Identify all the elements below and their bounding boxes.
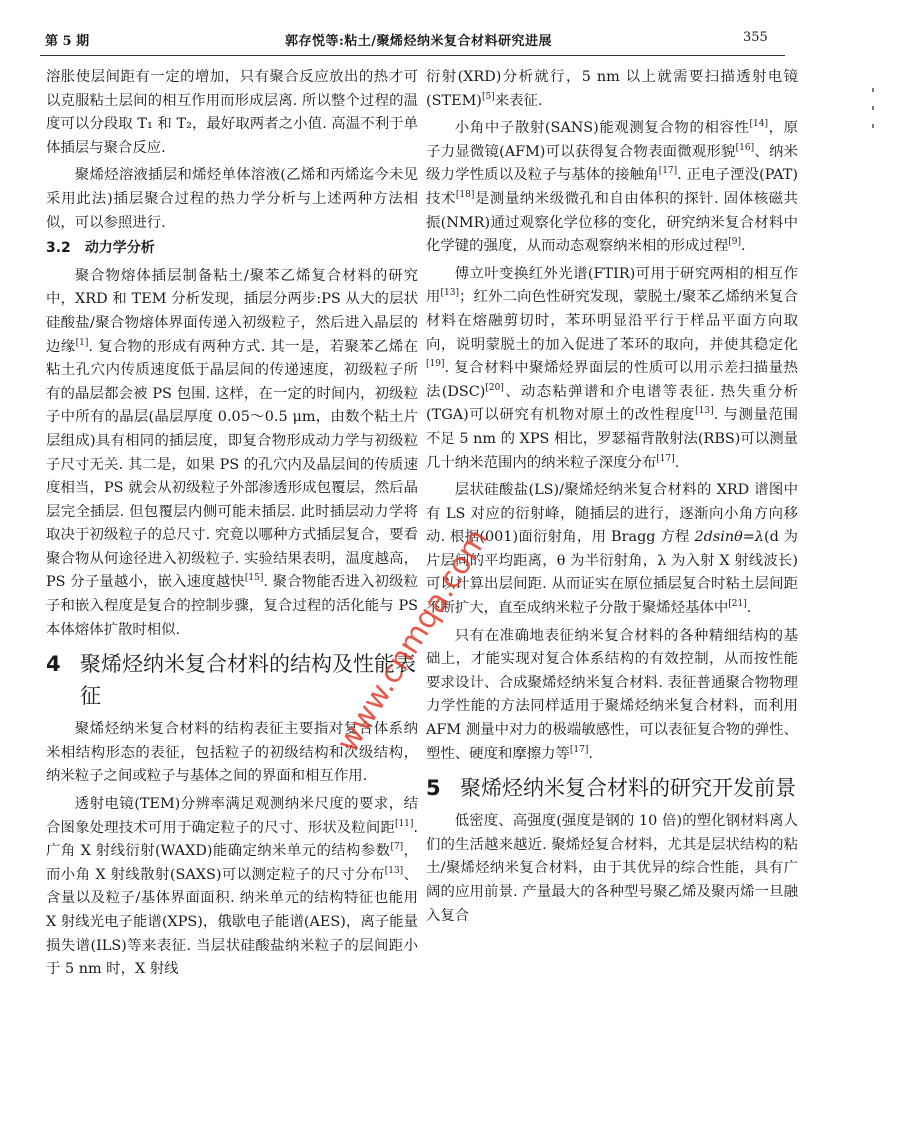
text: . xyxy=(747,600,752,616)
section-title: 聚烯烃纳米复合材料的研究开发前景 xyxy=(460,772,798,804)
text: 、含量以及粒子/基体界面面积. 纳米单元的结构特征也能用 X 射线光电子能谱(X… xyxy=(46,867,418,977)
paragraph: 透射电镜(TEM)分辨率满足观测纳米尺度的要求，结合图象处理技术可用于确定粒子的… xyxy=(46,793,418,982)
subsection-title: 动力学分析 xyxy=(85,240,155,256)
paragraph: 层状硅酸盐(LS)/聚烯烃纳米复合材料的 XRD 谱图中有 LS 对应的衍射峰，… xyxy=(426,479,798,621)
text: 小角中子散射(SANS)能观测复合物的相容性 xyxy=(455,120,750,136)
citation: [11] xyxy=(395,819,413,829)
text: . xyxy=(588,746,593,762)
citation: [18] xyxy=(456,190,474,200)
bragg-equation: 2dsinθ=λ xyxy=(694,529,763,545)
paragraph: 只有在准确地表征纳米复合材料的各种精细结构的基础上，才能实现对复合体系结构的有效… xyxy=(426,625,798,767)
margin-mark xyxy=(872,88,874,92)
margin-mark xyxy=(872,106,874,110)
paragraph: 衍射(XRD)分析就行，5 nm 以上就需要扫描透射电镜(STEM)[5]来表征… xyxy=(426,66,798,113)
citation: [13] xyxy=(385,866,403,876)
citation: [13] xyxy=(441,289,459,299)
citation: [15] xyxy=(245,574,263,584)
citation: [1] xyxy=(76,338,89,348)
citation: [9] xyxy=(728,237,741,247)
right-column: 衍射(XRD)分析就行，5 nm 以上就需要扫描透射电镜(STEM)[5]来表征… xyxy=(426,66,798,928)
text: . xyxy=(741,238,746,254)
text: 透射电镜(TEM)分辨率满足观测纳米尺度的要求，结合图象处理技术可用于确定粒子的… xyxy=(46,796,418,836)
margin-marks xyxy=(872,88,882,142)
page-number: 355 xyxy=(743,30,768,45)
citation: [14] xyxy=(749,119,767,129)
paragraph: 傅立叶变换红外光谱(FTIR)可用于研究两相的相互作用[13]；红外二向色性研究… xyxy=(426,263,798,475)
citation: [17] xyxy=(656,454,674,464)
citation: [20] xyxy=(485,383,503,393)
margin-mark xyxy=(872,124,874,128)
text: 只有在准确地表征纳米复合材料的各种精细结构的基础上，才能实现对复合体系结构的有效… xyxy=(426,628,798,762)
text: ；红外二向色性研究发现，蒙脱土/聚苯乙烯纳米复合材料在熔融剪切时，苯环明显沿平行… xyxy=(426,289,798,352)
section-heading: 5 聚烯烃纳米复合材料的研究开发前景 xyxy=(426,772,798,804)
paragraph: 聚烯烃纳米复合材料的结构表征主要指对复合体系纳米相结构形态的表征，包括粒子的初级… xyxy=(46,718,418,789)
text: . 复合物的形成有两种方式. 其一是，若聚苯乙烯在粘土孔穴内传质速度低于晶层间的… xyxy=(46,339,418,591)
text: . xyxy=(675,455,680,471)
paragraph: 聚烯烃溶液插层和烯烃单体溶液(乙烯和丙烯迄今未见采用此法)插层聚合过程的热力学分… xyxy=(46,164,418,235)
citation: [13] xyxy=(695,407,713,417)
left-column: 溶胀使层间距有一定的增加，只有聚合反应放出的热才可以克服粘土层间的相互作用而形成… xyxy=(46,66,418,982)
issue-label: 第 5 期 xyxy=(45,30,89,49)
paragraph: 低密度、高强度(强度是钢的 10 倍)的塑化钢材料离人们的生活越来越近. 聚烯烃… xyxy=(426,810,798,928)
paragraph: 小角中子散射(SANS)能观测复合物的相容性[14]，原子力显微镜(AFM)可以… xyxy=(426,117,798,259)
citation: [16] xyxy=(736,143,754,153)
paragraph: 聚合物熔体插层制备粘土/聚苯乙烯复合材料的研究中，XRD 和 TEM 分析发现，… xyxy=(46,265,418,643)
text: 来表征. xyxy=(495,93,543,109)
section-number: 4 xyxy=(46,648,80,712)
citation: [7] xyxy=(390,842,403,852)
subsection-heading: 3.2动力学分析 xyxy=(46,237,418,261)
section-heading: 4 聚烯烃纳米复合材料的结构及性能表征 xyxy=(46,648,418,712)
citation: [17] xyxy=(659,167,677,177)
citation: [5] xyxy=(482,92,495,102)
subsection-number: 3.2 xyxy=(46,240,71,256)
citation: [21] xyxy=(728,599,746,609)
running-title: 郭存悦等:粘土/聚烯烃纳米复合材料研究进展 xyxy=(285,30,552,49)
citation: [19] xyxy=(426,359,444,369)
section-title: 聚烯烃纳米复合材料的结构及性能表征 xyxy=(80,648,418,712)
section-number: 5 xyxy=(426,772,460,804)
paragraph: 溶胀使层间距有一定的增加，只有聚合反应放出的热才可以克服粘土层间的相互作用而形成… xyxy=(46,66,418,160)
text: 衍射(XRD)分析就行，5 nm 以上就需要扫描透射电镜(STEM) xyxy=(426,69,798,109)
header-rule xyxy=(40,55,785,56)
citation: [17] xyxy=(570,745,588,755)
